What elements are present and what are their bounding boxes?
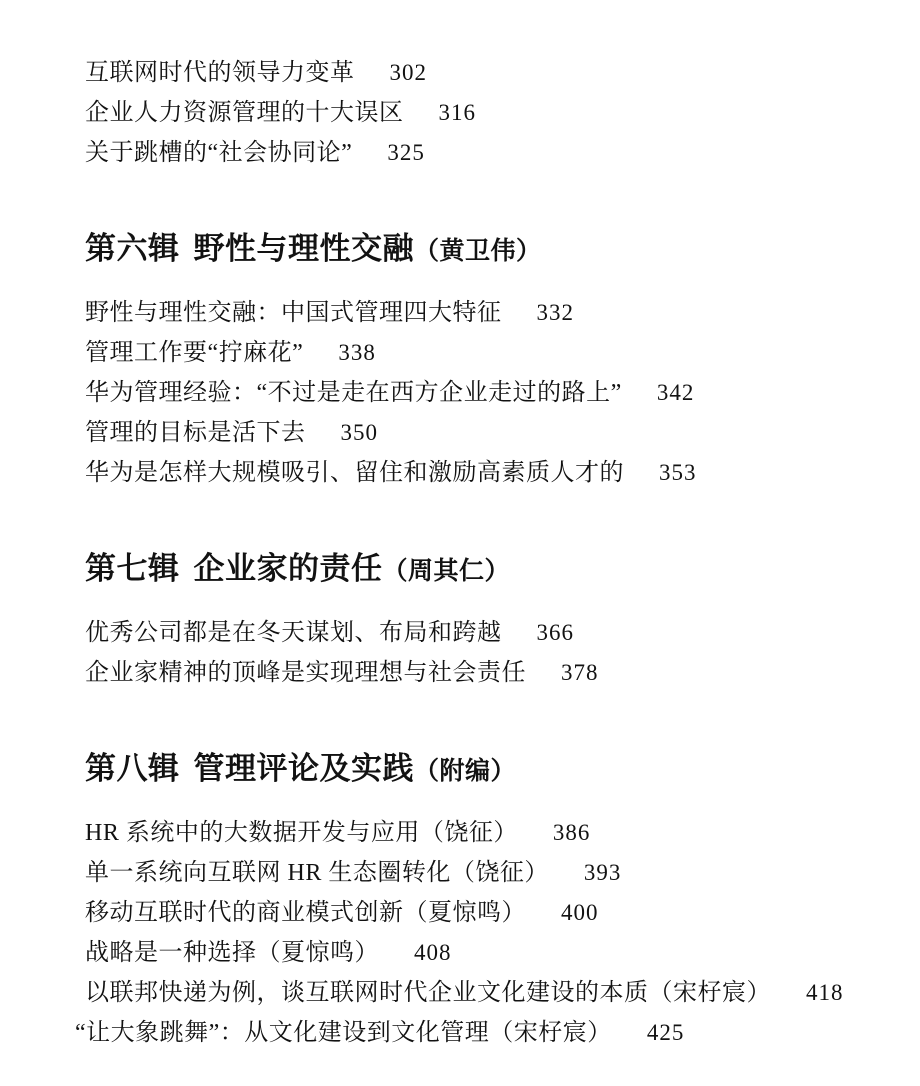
toc-entry: 管理工作要“拧麻花”338 [85,333,880,373]
toc-section-8: 第八辑管理评论及实践（附编） HR 系统中的大数据开发与应用（饶征）386 单一… [85,747,880,1053]
toc-entry: 华为管理经验：“不过是走在西方企业走过的路上”342 [85,373,880,413]
entry-title: 管理的目标是活下去 [85,420,306,446]
toc-page: 互联网时代的领导力变革302 企业人力资源管理的十大误区316 关于跳槽的“社会… [0,0,920,1086]
toc-entry: HR 系统中的大数据开发与应用（饶征）386 [85,813,880,853]
entry-title: 野性与理性交融：中国式管理四大特征 [85,300,502,326]
toc-entry: 野性与理性交融：中国式管理四大特征332 [85,293,880,333]
entry-page-number: 316 [439,100,477,125]
entry-page-number: 302 [390,60,428,85]
toc-entry: 华为是怎样大规模吸引、留住和激励高素质人才的353 [85,453,880,493]
entry-page-number: 353 [659,460,697,485]
toc-intro-entries: 互联网时代的领导力变革302 企业人力资源管理的十大误区316 关于跳槽的“社会… [85,53,880,173]
entry-page-number: 366 [537,620,575,645]
entry-title: 以联邦快递为例，谈互联网时代企业文化建设的本质（宋杍宸） [85,980,771,1006]
entry-title: “让大象跳舞”：从文化建设到文化管理（宋杍宸） [75,1020,612,1046]
entry-page-number: 325 [387,140,425,165]
entry-page-number: 342 [657,380,695,405]
entry-title: 战略是一种选择（夏惊鸣） [85,940,379,966]
entry-page-number: 338 [338,340,376,365]
section-author: （周其仁） [383,556,511,585]
section-label: 第八辑 [85,751,180,787]
section-title: 管理评论及实践 [194,751,415,787]
entry-title: 企业家精神的顶峰是实现理想与社会责任 [85,660,526,686]
section-heading: 第七辑企业家的责任（周其仁） [85,547,880,593]
toc-entry: 企业人力资源管理的十大误区316 [85,93,880,133]
section-title: 野性与理性交融 [194,231,415,267]
entry-page-number: 386 [553,820,591,845]
entry-page-number: 418 [806,980,844,1005]
toc-entry: 单一系统向互联网 HR 生态圈转化（饶征）393 [85,853,880,893]
section-label: 第六辑 [85,231,180,267]
entry-title: 优秀公司都是在冬天谋划、布局和跨越 [85,620,502,646]
toc-entry: 管理的目标是活下去350 [85,413,880,453]
entry-title: 关于跳槽的“社会协同论” [85,140,352,166]
toc-section-7: 第七辑企业家的责任（周其仁） 优秀公司都是在冬天谋划、布局和跨越366 企业家精… [85,547,880,693]
toc-entry: 关于跳槽的“社会协同论”325 [85,133,880,173]
toc-section-6: 第六辑野性与理性交融（黄卫伟） 野性与理性交融：中国式管理四大特征332 管理工… [85,227,880,493]
entry-page-number: 393 [584,860,622,885]
toc-entry: 战略是一种选择（夏惊鸣）408 [85,933,880,973]
section-heading: 第六辑野性与理性交融（黄卫伟） [85,227,880,273]
section-author: （黄卫伟） [414,236,542,265]
entry-title: 企业人力资源管理的十大误区 [85,100,404,126]
entry-title: HR 系统中的大数据开发与应用（饶征） [85,820,518,846]
section-label: 第七辑 [85,551,180,587]
section-heading: 第八辑管理评论及实践（附编） [85,747,880,793]
toc-entry: 优秀公司都是在冬天谋划、布局和跨越366 [85,613,880,653]
entry-title: 单一系统向互联网 HR 生态圈转化（饶征） [85,860,549,886]
entry-title: 管理工作要“拧麻花” [85,340,303,366]
entry-title: 互联网时代的领导力变革 [85,60,355,86]
section-author: （附编） [414,756,516,785]
toc-entry: 企业家精神的顶峰是实现理想与社会责任378 [85,653,880,693]
toc-entry: 移动互联时代的商业模式创新（夏惊鸣）400 [85,893,880,933]
entry-page-number: 378 [561,660,599,685]
entry-title: 华为是怎样大规模吸引、留住和激励高素质人才的 [85,460,624,486]
toc-entry: “让大象跳舞”：从文化建设到文化管理（宋杍宸）425 [75,1013,880,1053]
toc-entry: 互联网时代的领导力变革302 [85,53,880,93]
entry-page-number: 408 [414,940,452,965]
entry-title: 华为管理经验：“不过是走在西方企业走过的路上” [85,380,622,406]
section-title: 企业家的责任 [194,551,383,587]
toc-entry: 以联邦快递为例，谈互联网时代企业文化建设的本质（宋杍宸）418 [85,973,880,1013]
entry-page-number: 350 [341,420,379,445]
entry-page-number: 400 [561,900,599,925]
entry-title: 移动互联时代的商业模式创新（夏惊鸣） [85,900,526,926]
entry-page-number: 332 [537,300,575,325]
entry-page-number: 425 [647,1020,685,1045]
